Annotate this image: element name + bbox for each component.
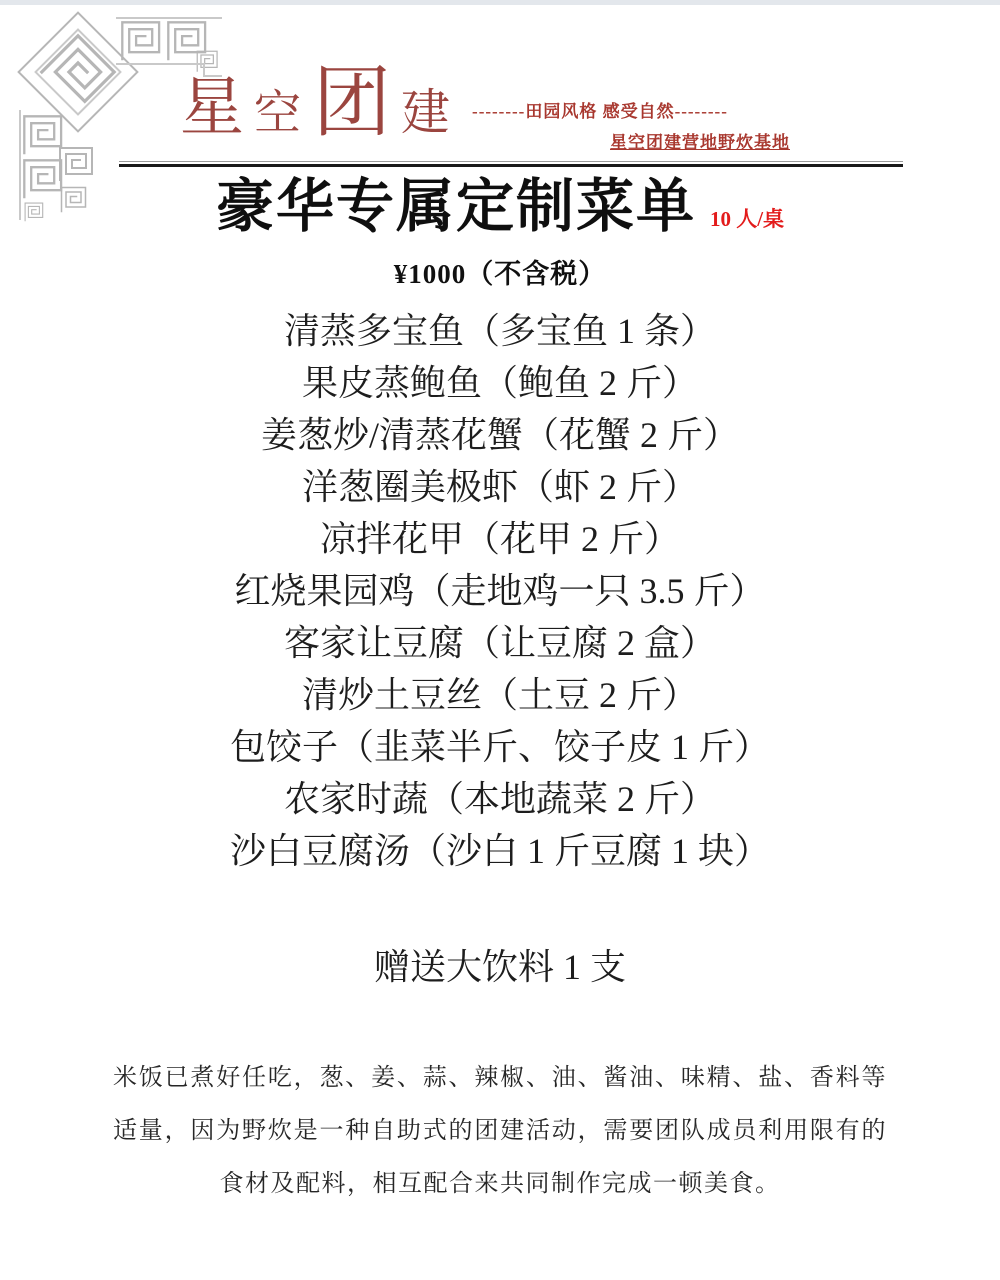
note-line: 适量，因为野炊是一种自助式的团建活动，需要团队成员利用限有的: [113, 1105, 887, 1158]
menu-document: 星 空 团 建 --------田园风格 感受自然-------- 星空团建营地…: [0, 0, 1000, 1280]
menu-item: 清炒土豆丝（土豆 2 斤）: [0, 669, 1000, 721]
gift-line: 赠送大饮料 1 支: [0, 939, 1000, 990]
note-line: 食材及配料，相互配合来共同制作完成一顿美食。: [113, 1158, 887, 1211]
chinese-fret-corner-ornament-icon: [8, 6, 240, 226]
brand-tagline: --------田园风格 感受自然--------: [472, 97, 728, 122]
note-line: 米饭已煮好任吃，葱、姜、蒜、辣椒、油、酱油、味精、盐、香料等: [113, 1052, 887, 1105]
menu-item: 红烧果园鸡（走地鸡一只 3.5 斤）: [0, 565, 1000, 617]
menu-item: 果皮蒸鲍鱼（鲍鱼 2 斤）: [0, 357, 1000, 409]
menu-item: 姜葱炒/清蒸花蟹（花蟹 2 斤）: [0, 409, 1000, 461]
logo-char: 团: [313, 59, 391, 146]
menu-body: 豪华专属定制菜单10 人/桌 ¥1000（不含税） 清蒸多宝鱼（多宝鱼 1 条）…: [0, 175, 1000, 1211]
capacity-note: 10 人/桌: [710, 207, 784, 231]
menu-item: 清蒸多宝鱼（多宝鱼 1 条）: [0, 305, 1000, 357]
footer-note: 米饭已煮好任吃，葱、姜、蒜、辣椒、油、酱油、味精、盐、香料等 适量，因为野炊是一…: [113, 1052, 887, 1211]
menu-item: 包饺子（韭菜半斤、饺子皮 1 斤）: [0, 721, 1000, 773]
logo-char: 建: [401, 85, 450, 140]
menu-item: 洋葱圈美极虾（虾 2 斤）: [0, 461, 1000, 513]
page-top-edge: [0, 0, 1000, 5]
menu-title: 豪华专属定制菜单: [216, 174, 696, 239]
menu-item: 客家让豆腐（让豆腐 2 盒）: [0, 617, 1000, 669]
price-line: ¥1000（不含税）: [0, 252, 1000, 291]
menu-item: 凉拌花甲（花甲 2 斤）: [0, 513, 1000, 565]
menu-item: 沙白豆腐汤（沙白 1 斤豆腐 1 块）: [0, 825, 1000, 877]
menu-item-list: 清蒸多宝鱼（多宝鱼 1 条） 果皮蒸鲍鱼（鲍鱼 2 斤） 姜葱炒/清蒸花蟹（花蟹…: [0, 305, 1000, 877]
menu-item: 农家时蔬（本地蔬菜 2 斤）: [0, 773, 1000, 825]
logo-char: 空: [254, 88, 301, 140]
